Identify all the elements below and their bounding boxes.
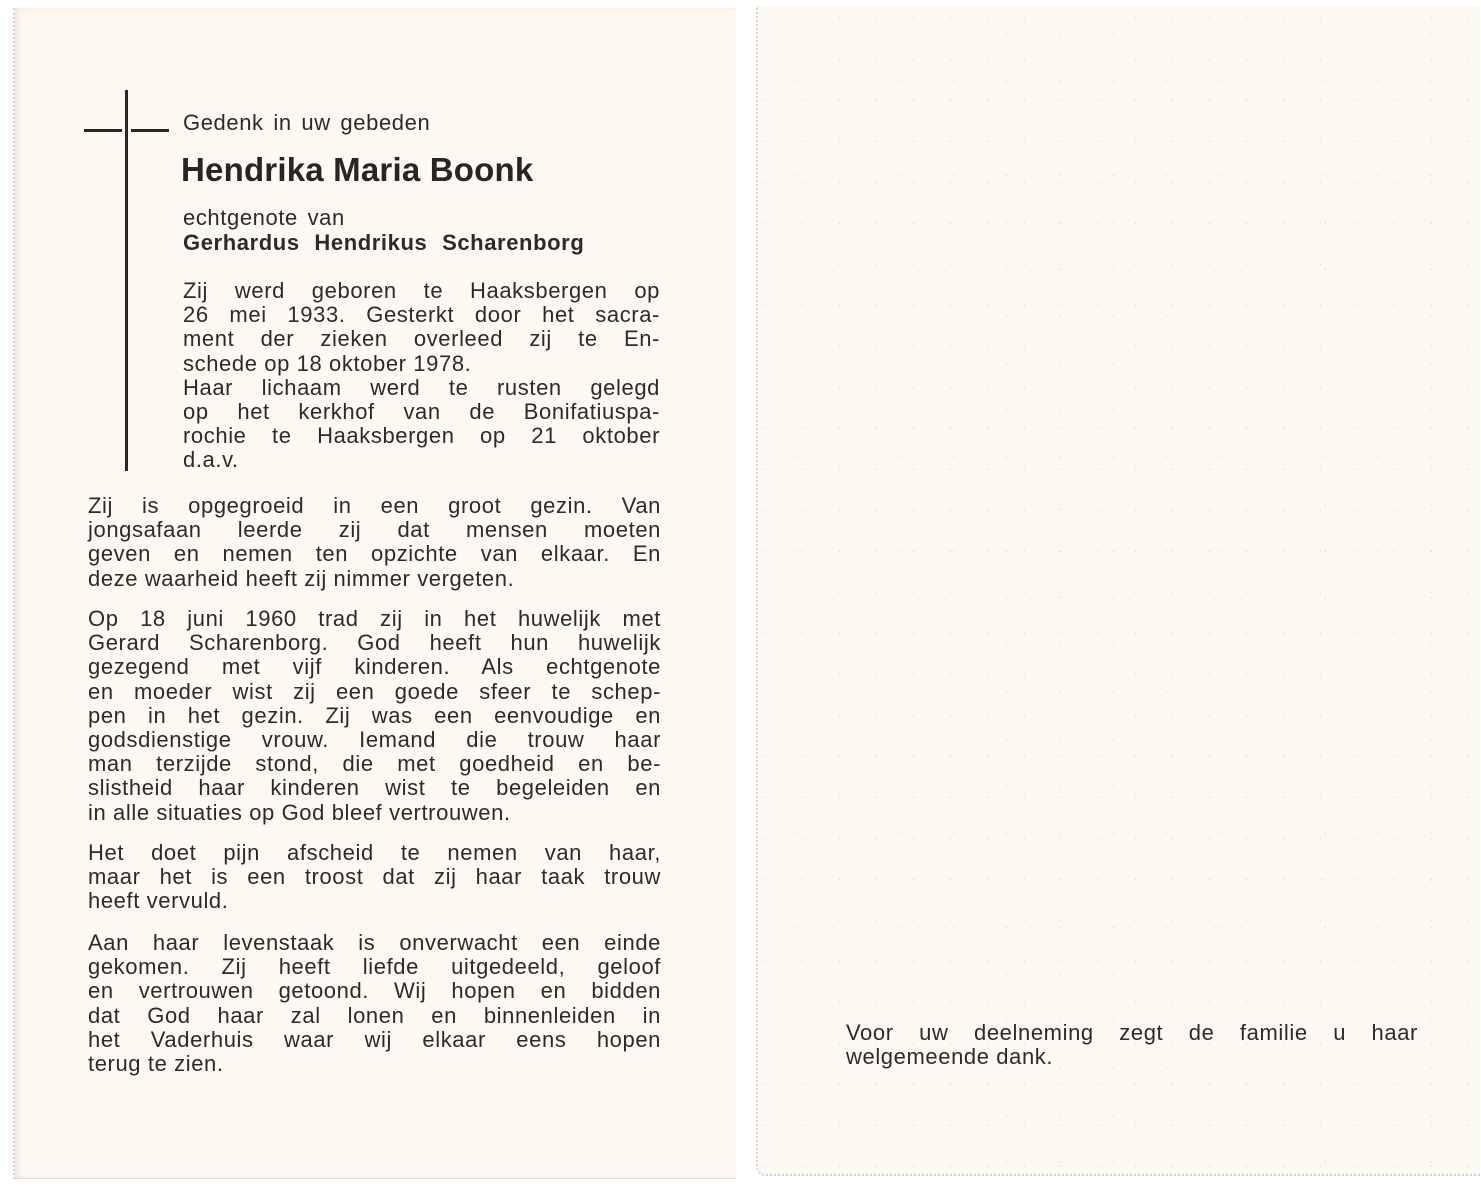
text-line: rochie te Haaksbergen op 21 oktober [183,424,660,448]
text-line: op het kerkhof van de Bonifatiuspa- [183,400,660,424]
text-line: het Vaderhuis waar wij elkaar eens hopen [88,1028,661,1052]
text-line: deze waarheid heeft zij nimmer vergeten. [88,567,661,591]
text-line: geven en nemen ten opzichte van elkaar. … [88,542,661,566]
paragraph-upbringing: Zij is opgegroeid in een groot gezin. Va… [88,494,661,591]
text-line: slistheid haar kinderen wist te begeleid… [88,776,661,800]
text-line: Het doet pijn afscheid te nemen van haar… [88,841,661,865]
text-line: heeft vervuld. [88,889,661,913]
spouse-name: Gerhardus Hendrikus Scharenborg [183,231,584,255]
deceased-name: Hendrika Maria Boonk [181,150,533,190]
text-line: Zij is opgegroeid in een groot gezin. Va… [88,494,661,518]
text-line: Haar lichaam werd te rusten gelegd [183,376,660,400]
text-line: en vertrouwen getoond. Wij hopen en bidd… [88,979,661,1003]
text-line: pen in het gezin. Zij was een eenvoudige… [88,704,661,728]
biography-paragraph: Zij werd geboren te Haaksbergen op 26 me… [183,279,660,473]
text-line: in alle situaties op God bleef vertrouwe… [88,801,661,825]
text-line: Gerard Scharenborg. God heeft hun huweli… [88,631,661,655]
text-line: gezegend met vijf kinderen. Als echtgeno… [88,655,661,679]
text-line: Voor uw deelneming zegt de familie u haa… [846,1021,1418,1045]
text-line: Aan haar levenstaak is onverwacht een ei… [88,931,661,955]
cross-vertical-bar [125,90,128,471]
paragraph-closing: Aan haar levenstaak is onverwacht een ei… [88,931,661,1076]
text-line: Zij werd geboren te Haaksbergen op [183,279,660,303]
memorial-card-back: Voor uw deelneming zegt de familie u haa… [756,6,1480,1176]
text-line: man terzijde stond, die met goedheid en … [88,752,661,776]
text-line: gekomen. Zij heeft liefde uitgedeeld, ge… [88,955,661,979]
text-line: maar het is een troost dat zij haar taak… [88,865,661,889]
text-line: terug te zien. [88,1052,661,1076]
text-line: jongsafaan leerde zij dat mensen moeten [88,518,661,542]
spouse-label: echtgenote van [183,206,345,230]
text-line: Op 18 juni 1960 trad zij in het huwelijk… [88,607,661,631]
thanks-message: Voor uw deelneming zegt de familie u haa… [846,1021,1418,1069]
cross-right-arm [131,129,169,132]
text-line: schede op 18 oktober 1978. [183,352,660,376]
paragraph-marriage: Op 18 juni 1960 trad zij in het huwelijk… [88,607,661,825]
text-line: godsdienstige vrouw. Iemand die trouw ha… [88,728,661,752]
memorial-card-front: Gedenk in uw gebeden Hendrika Maria Boon… [13,8,736,1179]
text-line: welgemeende dank. [846,1045,1418,1069]
cross-left-arm [84,129,122,132]
paragraph-farewell: Het doet pijn afscheid te nemen van haar… [88,841,661,914]
text-line: en moeder wist zij een goede sfeer te sc… [88,680,661,704]
text-line: d.a.v. [183,448,660,472]
text-line: 26 mei 1933. Gesterkt door het sacra- [183,303,660,327]
intro-text: Gedenk in uw gebeden [183,111,430,135]
text-line: dat God haar zal lonen en binnenleiden i… [88,1004,661,1028]
text-line: ment der zieken overleed zij te En- [183,327,660,351]
